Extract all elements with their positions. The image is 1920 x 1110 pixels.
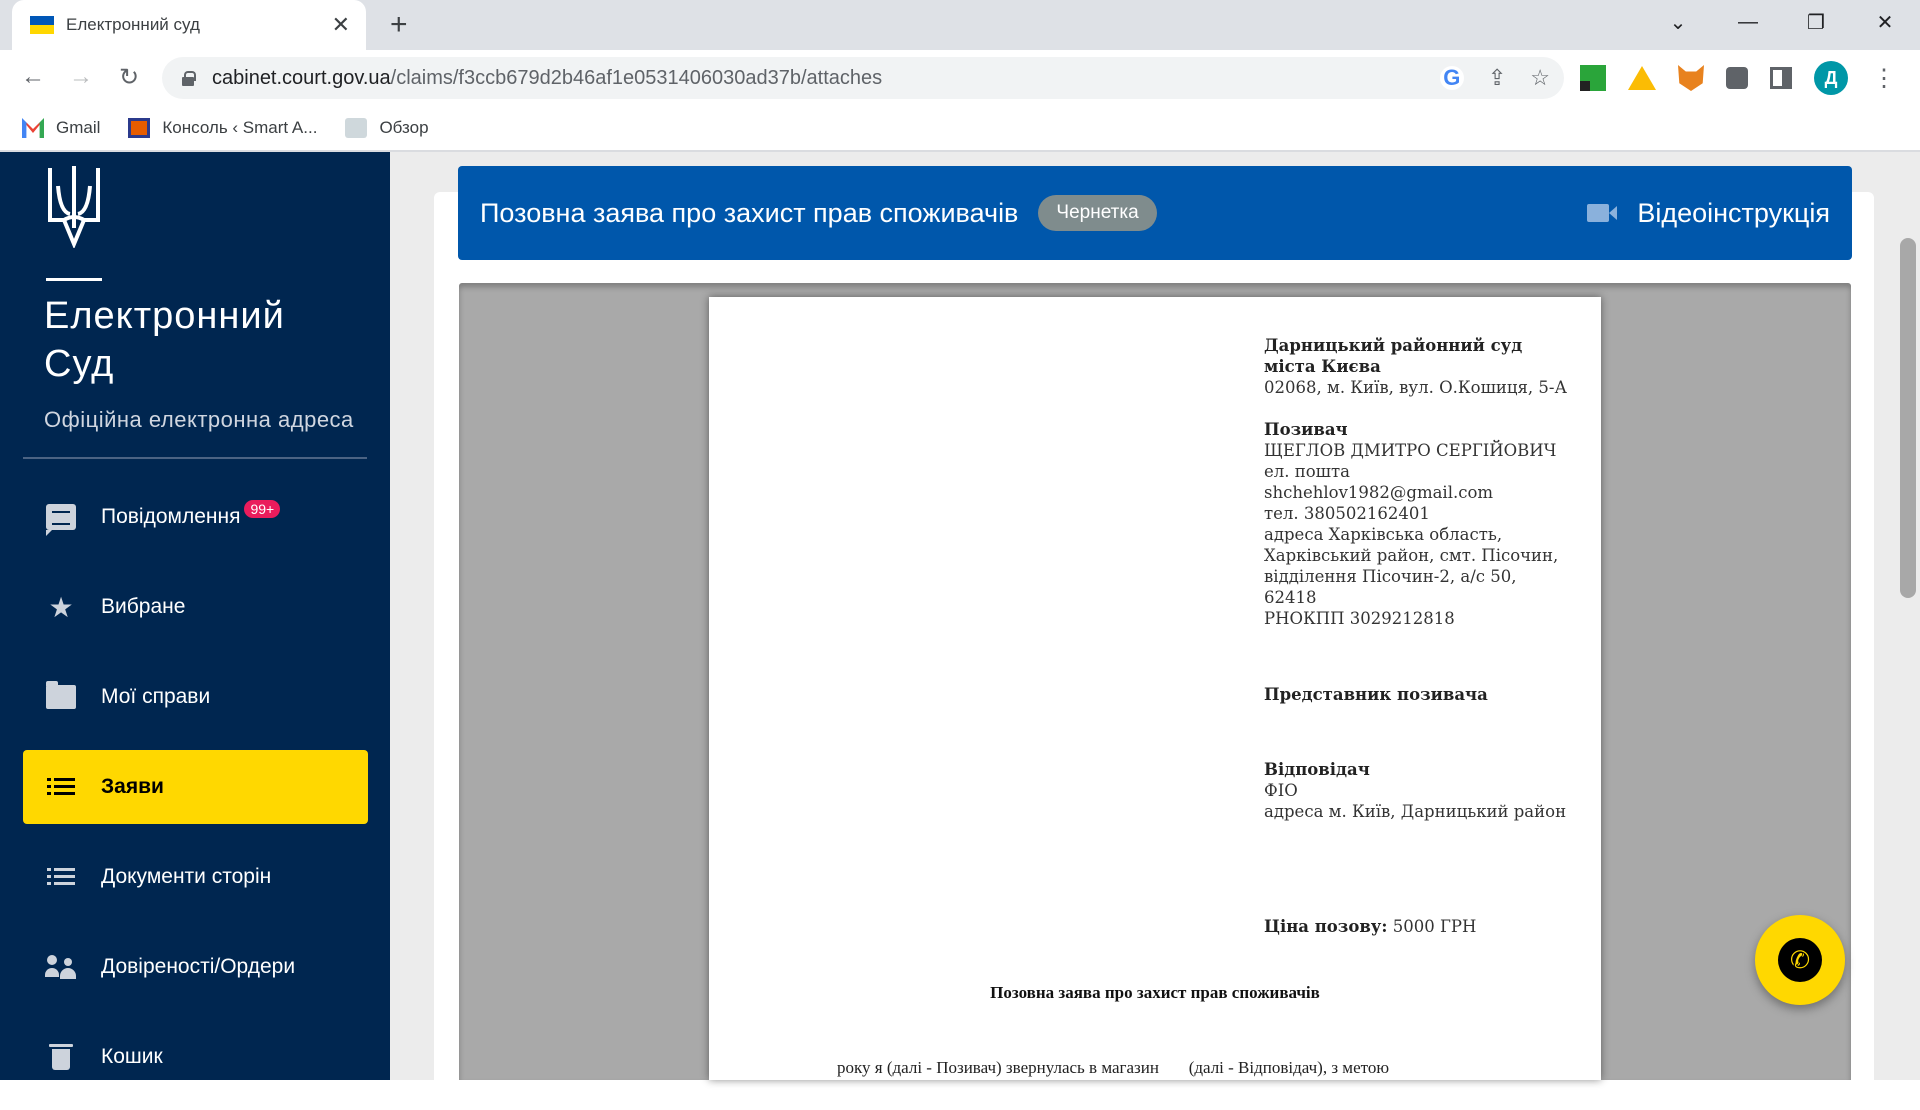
sidebar-item-favorites[interactable]: ★ Вибране	[23, 570, 368, 644]
plaintiff-phone: тел. 380502162401	[1264, 503, 1584, 524]
video-instruction-label: Відеоінструкція	[1637, 198, 1830, 229]
bookmark-label: Обзор	[379, 118, 428, 138]
minimize-button[interactable]: —	[1720, 0, 1776, 44]
call-button[interactable]: ✆	[1755, 915, 1845, 1005]
sidebar-item-powers-of-attorney[interactable]: Довіреності/Ордери	[23, 930, 368, 1004]
sidebar-item-label: Вибране	[101, 595, 185, 619]
sidebar-item-label: Заяви	[101, 775, 164, 799]
trident-logo-icon	[46, 164, 102, 248]
ukraine-flag-favicon-icon	[30, 16, 54, 34]
court-name-line2: міста Києва	[1264, 356, 1584, 377]
video-camera-icon	[1587, 204, 1617, 222]
tab-title: Електронний суд	[66, 15, 332, 35]
url-host: cabinet.court.gov.ua	[212, 67, 391, 90]
share-icon[interactable]: ⇪	[1488, 65, 1506, 91]
bookmark-gmail[interactable]: Gmail	[22, 118, 100, 138]
claim-price: Ціна позову: 5000 ГРН	[1264, 916, 1584, 937]
browser-menu-icon[interactable]: ⋮	[1872, 64, 1896, 93]
forward-button[interactable]: →	[66, 62, 96, 92]
back-button[interactable]: ←	[18, 62, 48, 92]
trash-icon	[51, 1044, 71, 1070]
logo-title: Електронний Суд	[44, 292, 285, 388]
defendant-name: ФІО	[1264, 780, 1584, 801]
plaintiff-label: Позивач	[1264, 419, 1584, 440]
profile-avatar[interactable]: Д	[1814, 61, 1848, 95]
document-heading: Позовна заява про захист прав споживачів	[709, 983, 1601, 1003]
window-close-button[interactable]: ✕	[1857, 0, 1913, 44]
folder-icon	[46, 685, 76, 709]
document-page: Дарницький районний суд міста Києва 0206…	[709, 297, 1601, 1080]
sidebar-item-claims[interactable]: Заяви	[23, 750, 368, 824]
bookmarks-bar: Gmail Консоль ‹ Smart A... Обзор	[0, 106, 1920, 152]
sidebar-item-label: Повідомлення	[101, 505, 240, 529]
document-address-block: Дарницький районний суд міста Києва 0206…	[1264, 335, 1584, 937]
metamask-extension-icon[interactable]	[1678, 65, 1704, 91]
side-panel-icon[interactable]	[1770, 67, 1792, 89]
bookmark-obzor[interactable]: Обзор	[345, 118, 428, 138]
privatbank-extension-icon[interactable]	[1580, 65, 1606, 91]
star-icon: ★	[45, 592, 77, 622]
plaintiff-line: адреса Харківська область,	[1264, 524, 1584, 545]
scrollbar-thumb[interactable]	[1900, 238, 1916, 598]
list-icon	[47, 868, 75, 886]
page-title: Позовна заява про захист прав споживачів	[480, 198, 1018, 229]
representative-label: Представник позивача	[1264, 684, 1584, 705]
sidebar-item-label: Мої справи	[101, 685, 210, 709]
plaintiff-email: shchehlov1982@gmail.com	[1264, 482, 1584, 503]
browser-tab[interactable]: Електронний суд ✕	[12, 0, 366, 50]
sidebar-item-my-cases[interactable]: Мої справи	[23, 660, 368, 734]
google-lens-icon[interactable]: G	[1440, 66, 1464, 90]
defendant-label: Відповідач	[1264, 759, 1584, 780]
sidebar-item-trash[interactable]: Кошик	[23, 1020, 368, 1080]
status-badge: Чернетка	[1038, 195, 1156, 231]
document-body-line: року я (далі - Позивач) звернулась в маг…	[837, 1058, 1389, 1078]
logo-subtitle: Офіційна електронна адреса	[44, 407, 354, 433]
plaintiff-line: відділення Пісочин-2, а/с 50,	[1264, 566, 1584, 587]
obzor-icon	[345, 118, 367, 138]
sidebar-item-label: Кошик	[101, 1045, 163, 1069]
bookmark-smart-a[interactable]: Консоль ‹ Smart A...	[128, 118, 317, 138]
notifications-badge: 99+	[244, 500, 280, 518]
phone-icon: ✆	[1778, 938, 1822, 982]
plaintiff-line: 62418	[1264, 587, 1584, 608]
court-name-line1: Дарницький районний суд	[1264, 335, 1584, 356]
url-path: /claims/f3ccb679d2b46af1e0531406030ad37b…	[391, 67, 883, 90]
smart-a-icon	[128, 118, 150, 138]
gmail-icon	[22, 118, 44, 138]
browser-tabstrip: Електронний суд ✕ + ⌄ — ❐ ✕	[0, 0, 1920, 50]
sidebar: Електронний Суд Офіційна електронна адре…	[0, 152, 390, 1080]
reload-button[interactable]: ↻	[114, 62, 144, 92]
list-icon	[47, 778, 75, 796]
sidebar-item-party-documents[interactable]: Документи сторін	[23, 840, 368, 914]
sidebar-item-label: Довіреності/Ордери	[101, 955, 295, 979]
extensions-area: Д ⋮	[1580, 62, 1896, 94]
restore-button[interactable]: ❐	[1788, 0, 1844, 44]
plaintiff-tax-id: РНОКПП 3029212818	[1264, 608, 1584, 629]
new-tab-button[interactable]: +	[390, 8, 408, 42]
lock-icon	[182, 71, 194, 85]
plaintiff-name: ЩЕГЛОВ ДМИТРО СЕРГІЙОВИЧ	[1264, 440, 1584, 461]
claim-price-value: 5000 ГРН	[1393, 917, 1477, 936]
logo-divider	[46, 278, 102, 281]
sidebar-item-notifications[interactable]: Повідомлення 99+	[23, 480, 368, 554]
tab-search-icon[interactable]: ⌄	[1650, 0, 1706, 44]
plaintiff-line: ел. пошта	[1264, 461, 1584, 482]
court-address: 02068, м. Київ, вул. О.Кошиця, 5-А	[1264, 377, 1584, 398]
bookmark-label: Gmail	[56, 118, 100, 138]
defendant-address: адреса м. Київ, Дарницький район	[1264, 801, 1584, 822]
tab-close-icon[interactable]: ✕	[332, 12, 350, 38]
bookmark-star-icon[interactable]: ☆	[1530, 65, 1550, 91]
people-icon	[45, 955, 77, 979]
claim-header: Позовна заява про захист прав споживачів…	[458, 166, 1852, 260]
extensions-puzzle-icon[interactable]	[1726, 67, 1748, 89]
bookmark-label: Консоль ‹ Smart A...	[162, 118, 317, 138]
address-bar[interactable]: cabinet.court.gov.ua/claims/f3ccb679d2b4…	[162, 57, 1564, 99]
video-instruction-button[interactable]: Відеоінструкція	[1587, 198, 1830, 229]
sidebar-nav: Повідомлення 99+ ★ Вибране Мої справи За…	[23, 480, 368, 1080]
chat-icon	[46, 504, 76, 530]
sidebar-item-label: Документи сторін	[101, 865, 271, 889]
google-drive-extension-icon[interactable]	[1628, 66, 1656, 90]
sidebar-divider	[23, 457, 367, 459]
claim-price-label: Ціна позову:	[1264, 917, 1387, 936]
plaintiff-line: Харківський район, смт. Пісочин,	[1264, 545, 1584, 566]
